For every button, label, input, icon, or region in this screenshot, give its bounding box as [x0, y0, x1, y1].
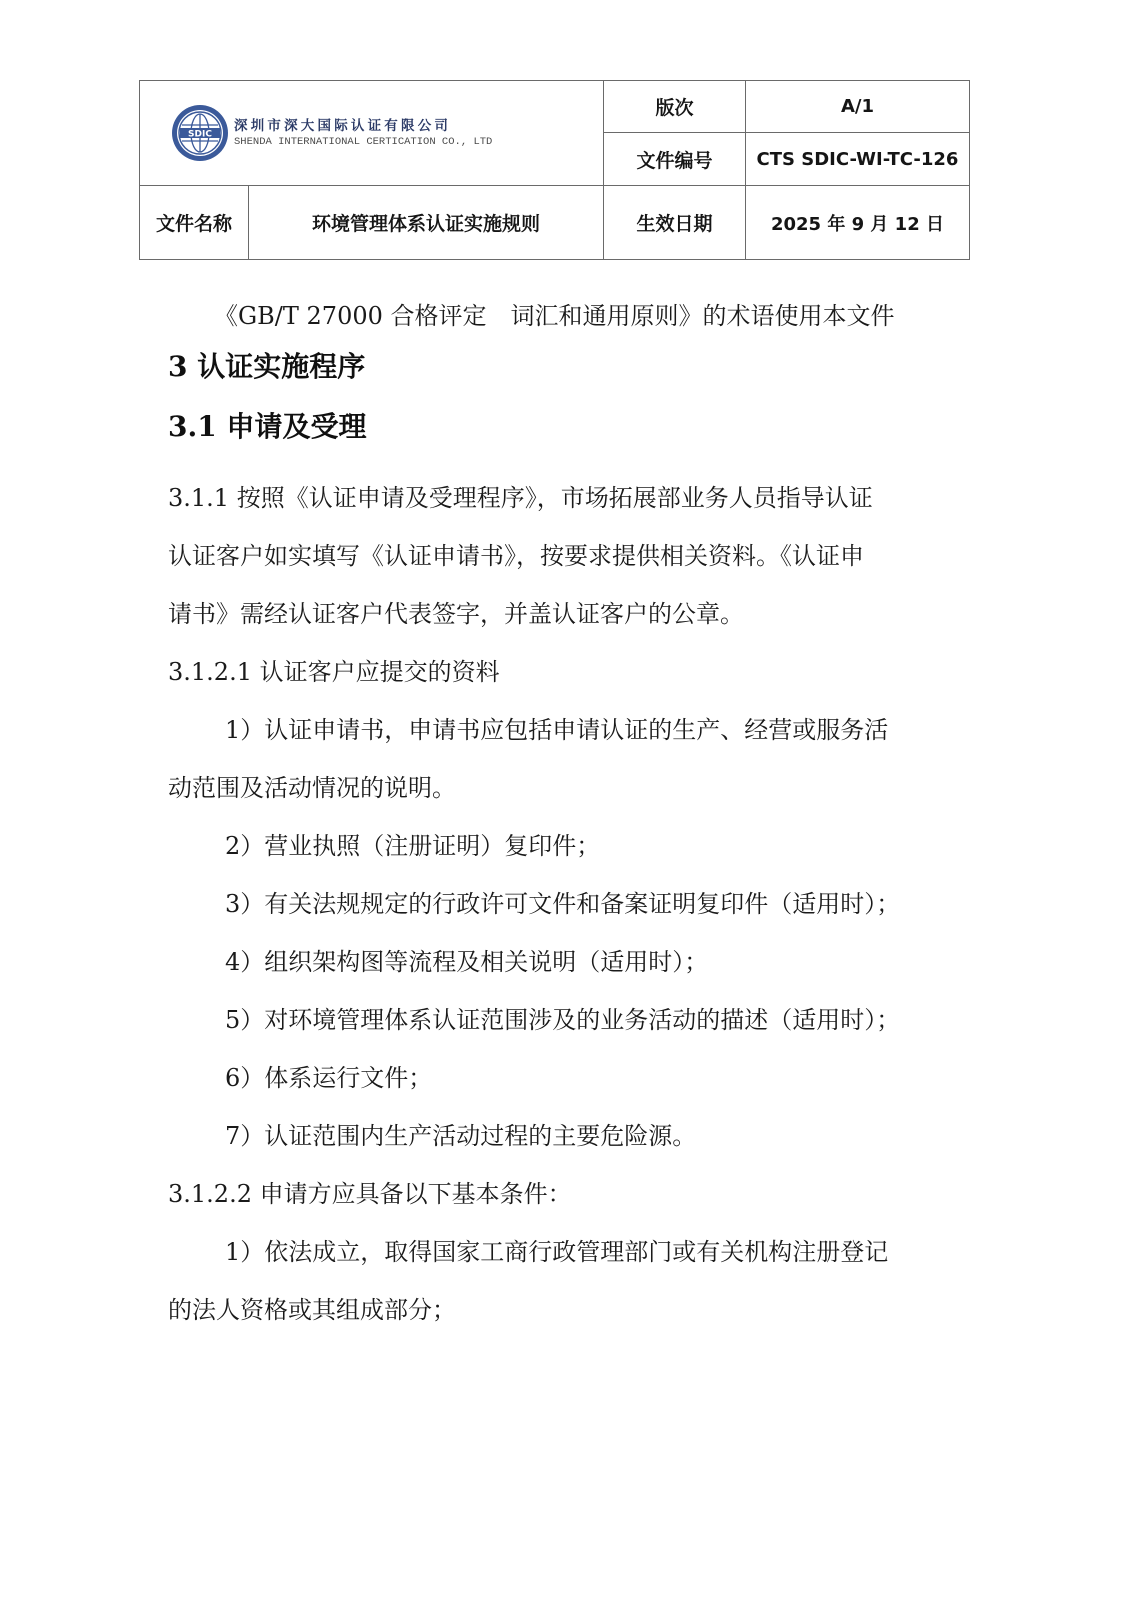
- list-item: 7）认证范围内生产活动过程的主要危险源。: [225, 1116, 696, 1151]
- doc-number-label: 文件编号: [604, 133, 746, 186]
- version-label: 版次: [604, 81, 746, 133]
- doc-name-value: 环境管理体系认证实施规则: [249, 186, 604, 260]
- company-name-cn: 深圳市深大国际认证有限公司: [234, 118, 492, 134]
- list-item: 6）体系运行文件；: [225, 1058, 432, 1093]
- list-item: 4）组织架构图等流程及相关说明（适用时）；: [225, 942, 708, 977]
- doc-number-value: CTS SDIC-WI-TC-126: [746, 133, 970, 186]
- list-item: 5）对环境管理体系认证范围涉及的业务活动的描述（适用时）；: [225, 1000, 900, 1035]
- paragraph-3-1-1-line: 3.1.1 按照《认证申请及受理程序》，市场拓展部业务人员指导认证: [168, 478, 873, 513]
- company-name-en: SHENDA INTERNATIONAL CERTICATION CO., LT…: [234, 136, 492, 149]
- company-logo-icon: SDIC: [170, 103, 230, 163]
- effective-date-value: 2025 年 9 月 12 日: [746, 186, 970, 260]
- list-item: 1）认证申请书，申请书应包括申请认证的生产、经营或服务活: [225, 710, 888, 745]
- paragraph-3-1-1-line: 认证客户如实填写《认证申请书》，按要求提供相关资料。《认证申: [168, 536, 864, 571]
- section-3-1-heading: 3.1 申请及受理: [168, 405, 366, 445]
- company-logo-cell: SDIC 深圳市深大国际认证有限公司 SHENDA INTERNATIONAL …: [140, 81, 604, 186]
- paragraph-3-1-1-line: 请书》需经认证客户代表签字，并盖认证客户的公章。: [168, 594, 744, 629]
- section-3-heading: 3 认证实施程序: [168, 345, 365, 385]
- list-item-continuation: 的法人资格或其组成部分；: [168, 1290, 456, 1325]
- document-header-table: SDIC 深圳市深大国际认证有限公司 SHENDA INTERNATIONAL …: [139, 80, 970, 260]
- version-value: A/1: [746, 81, 970, 133]
- svg-text:SDIC: SDIC: [188, 130, 212, 140]
- section-3-1-2-1-heading: 3.1.2.1 认证客户应提交的资料: [168, 652, 500, 687]
- list-item: 3）有关法规规定的行政许可文件和备案证明复印件（适用时）；: [225, 884, 900, 919]
- section-3-1-2-2-heading: 3.1.2.2 申请方应具备以下基本条件：: [168, 1174, 572, 1209]
- list-item: 1）依法成立，取得国家工商行政管理部门或有关机构注册登记: [225, 1232, 888, 1267]
- list-item: 2）营业执照（注册证明）复印件；: [225, 826, 600, 861]
- doc-name-label: 文件名称: [140, 186, 249, 260]
- intro-line: 《GB/T 27000 合格评定 词汇和通用原则》的术语使用本文件: [214, 296, 895, 331]
- effective-date-label: 生效日期: [604, 186, 746, 260]
- list-item-continuation: 动范围及活动情况的说明。: [168, 768, 456, 803]
